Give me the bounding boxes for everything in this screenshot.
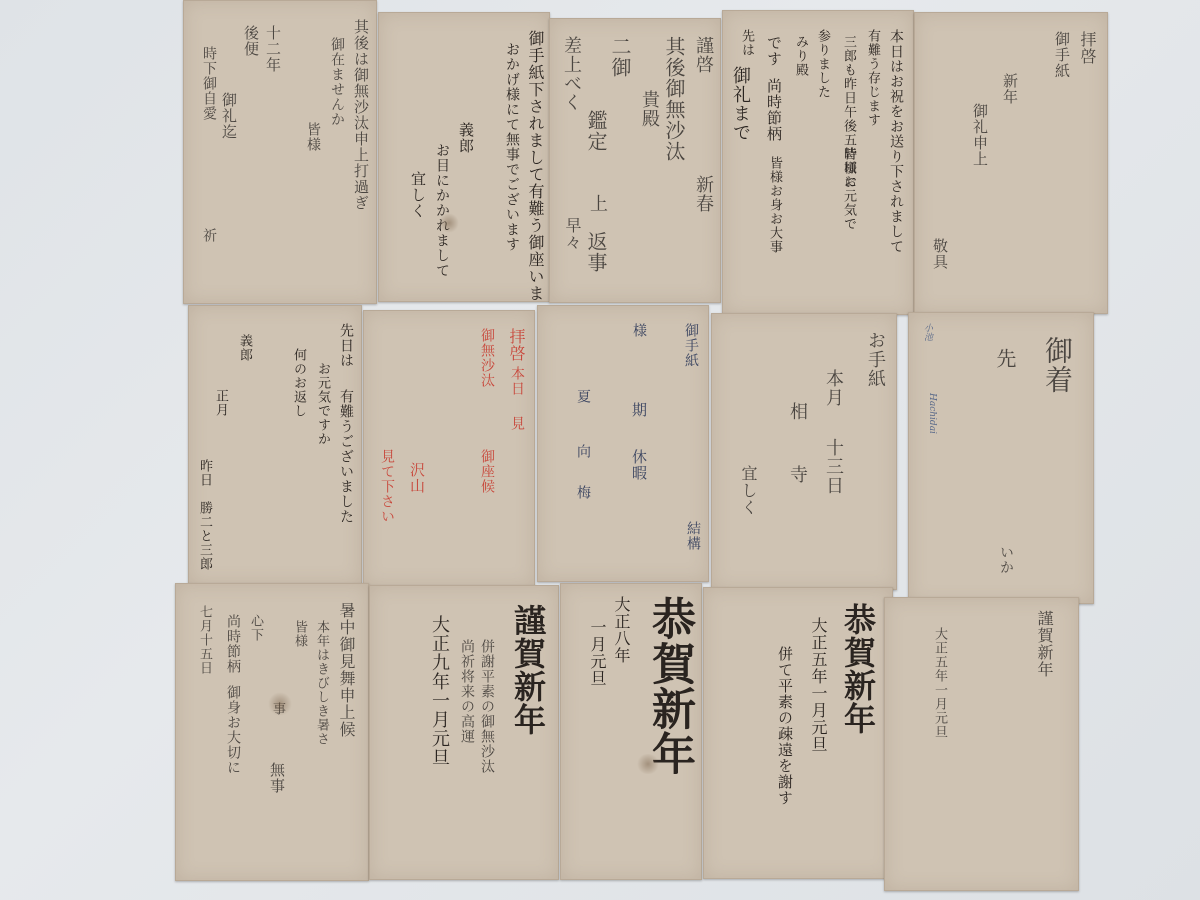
postcard-text: 御座候 [480, 449, 494, 494]
postcard-text: です [766, 35, 781, 67]
postcard-text: 御手紙 [684, 323, 698, 368]
postcard-text: 期 [631, 402, 646, 418]
postcard-r3c4: 恭賀新年 大正五年一月元旦 併て平素の疎遠を謝す [703, 587, 893, 879]
postcard-date: 大正五年一月元旦 [810, 617, 826, 753]
postcard-text: 尚時節柄 [766, 78, 781, 142]
postcard-greeting: 恭賀新年 [842, 603, 874, 735]
postcard-r2c3: 御手紙 様 期 休暇 夏 向 梅 結構 [537, 305, 709, 582]
postcard-text: 早々 [564, 217, 580, 251]
postcard-text: 有難う存じます [866, 29, 879, 127]
postcard-r2c5: 御着 先 いか 小池 Hachidai [908, 312, 1094, 604]
postcard-text: 正月 [214, 389, 227, 417]
postcard-text: 本月 [824, 369, 842, 407]
postcard-text: 本日 [510, 366, 524, 396]
postcard-text: 其後は御無沙汰申上打過ぎ [353, 19, 368, 211]
postcard-text: 拝啓 [508, 328, 524, 362]
postcard-r2c1: 先日は 有難うございました お元気ですか 何のお返し 義郎 正月 昨日 勝二と三… [188, 305, 362, 585]
postcard-r3c2: 謹賀新年 併謝平素の御無沙汰 尚祈将来の高運 大正九年一月元旦 [369, 585, 559, 880]
postcard-text: 御在ませんか [330, 37, 344, 127]
postcard-r1c4: 本日はお祝をお送り下されまして 有難う存じます 皆様お元気で 三郎も昨日午後五時… [722, 10, 914, 315]
postcard-text: お目にかかれまして [435, 143, 449, 278]
postcard-r1c3: 謹啓 新春 其後御無沙汰 貴殿 二御 鑑定 上 返事 差上べく 早々 [549, 18, 721, 303]
postcard-text: 向 [576, 444, 590, 459]
postcard-r1c2: 御手紙下されまして有難う御座います おかげ様にて無事でございます 義郎 お目にか… [378, 12, 550, 302]
postcard-r3c5: 謹賀新年 大正五年一月元旦 [884, 597, 1079, 891]
postcard-date: 大正五年一月元旦 [933, 627, 946, 739]
postcard-text: 尚時節柄 [226, 614, 240, 674]
postcard-text: お元気ですか [316, 362, 329, 446]
postcard-text: 相 [788, 402, 806, 421]
postcard-text: 二御 [610, 36, 630, 78]
postcard-text: 尚祈将来の高運 [460, 639, 474, 744]
postcard-text: 様 [632, 323, 646, 338]
postcard-text: 先日は [339, 323, 353, 368]
postcard-text: 御礼申上 [972, 103, 987, 167]
postcard-text: 時下御自愛 [202, 46, 216, 121]
postcard-text: 新年 [1002, 73, 1017, 105]
postcard-text: 宜しく [410, 171, 425, 219]
postcard-r2c2: 拝啓 本日 見 御無沙汰 御座候 沢山 見て下さい [363, 310, 535, 587]
postcard-text: 勝二と三郎 [198, 501, 211, 571]
postcard-text: 上 [588, 194, 606, 213]
postcard-text: 御礼迄 [221, 92, 236, 140]
postcard-text: 鑑定 [586, 110, 606, 152]
postcard-text: 夏 [576, 389, 590, 404]
postcard-text: 先は [740, 29, 753, 57]
postcard-r1c5: 拝啓 御手紙 新年 御礼申上 敬具 [914, 12, 1108, 314]
postcard-text: 見 [510, 416, 524, 431]
postcard-text: 暑中御見舞申上候 [338, 602, 354, 738]
postcard-greeting: 謹賀新年 [512, 604, 544, 736]
postcard-text: 結構 [686, 521, 700, 551]
postcard-text: 三郎も昨日午後五時頃に [842, 35, 855, 189]
postcard-date: 大正九年一月元旦 [430, 615, 448, 767]
postcard-text: 新春 [694, 175, 712, 213]
postcard-text: 先 [995, 348, 1015, 369]
postcard-text: 皆様 [293, 620, 306, 648]
postcard-date: 大正八年 [613, 596, 629, 664]
postcard-r3c3: 恭賀新年 大正八年 一月元旦 [560, 583, 702, 880]
postcard-text: 皆様 [306, 122, 320, 152]
postcard-text: 差上べく [562, 36, 580, 112]
postcard-text: 本年はきびしき暑さ [315, 620, 328, 746]
postcard-text: 寺 [788, 465, 806, 484]
postcard-text: 御礼まで [731, 66, 749, 142]
postcard-text: 祈 [202, 228, 216, 243]
postcard-text: 義郎 [238, 334, 251, 362]
postcard-text: 十三日 [824, 438, 842, 495]
postcard-text: 見て下さい [380, 449, 394, 524]
postcard-text: 御身お大切に [226, 685, 240, 775]
postcard-text: 貴殿 [640, 90, 658, 128]
postcard-text: 梅 [576, 485, 590, 500]
postcard-text: 併て平素の疎遠を謝す [777, 646, 792, 806]
postcard-text: 後便 [243, 25, 258, 57]
postcard-date: 七月十五日 [198, 605, 211, 675]
postcard-text: いか [999, 545, 1013, 575]
postcard-text: 御着 [1043, 336, 1071, 394]
postcard-text: 拝啓 [1079, 31, 1095, 65]
postcard-greeting: 恭賀新年 [647, 596, 691, 776]
pencil-note: 小池 [921, 323, 934, 341]
postcard-text: 返事 [586, 231, 606, 273]
postcard-text: 併謝平素の御無沙汰 [480, 639, 494, 774]
postcard-text: 参りました [816, 29, 829, 99]
postcard-text: 皆様お身お大事 [768, 156, 781, 254]
postcard-text: 無事 [269, 762, 284, 794]
postcard-r1c1: 其後は御無沙汰申上打過ぎ 御在ませんか 皆様 十二年 後便 御礼迄 時下御自愛 … [183, 0, 377, 304]
postcard-r3c1: 暑中御見舞申上候 本年はきびしき暑さ 皆様 事 無事 心下 尚時節柄 御身お大切… [175, 583, 369, 881]
postcard-date: 一月元旦 [589, 619, 605, 687]
postcard-text: お手紙 [866, 331, 884, 388]
postcard-text: 宜しく [740, 465, 756, 516]
postcard-text: 御手紙 [1054, 31, 1069, 79]
postcard-text: 御手紙下されまして有難う御座います [527, 30, 543, 302]
postcard-text: 敬具 [932, 238, 947, 270]
postcard-text: 其後御無沙汰 [664, 36, 684, 162]
postcard-text: おかげ様にて無事でございます [505, 42, 519, 252]
photo-scene: 其後は御無沙汰申上打過ぎ 御在ませんか 皆様 十二年 後便 御礼迄 時下御自愛 … [0, 0, 1200, 900]
postcard-text: 謹啓 [694, 36, 712, 74]
postcard-text: 義郎 [458, 122, 473, 154]
postcard-text: 有難うございました [339, 389, 353, 524]
postcard-text: 本日はお祝をお送り下されまして [889, 29, 903, 254]
postcard-r2c4: お手紙 本月 十三日 相 寺 宜しく [711, 313, 897, 590]
postcard-text: 心下 [249, 614, 262, 642]
postcard-text: 昨日 [198, 459, 211, 487]
postcard-text: 十二年 [265, 25, 280, 73]
pencil-note: Hachidai [927, 393, 937, 434]
postcard-text: 御無沙汰 [480, 328, 494, 388]
postcard-text: みり殿 [794, 35, 807, 77]
postcard-text: 何のお返し [292, 348, 305, 418]
postcard-text: 沢山 [409, 462, 424, 494]
postcard-greeting: 謹賀新年 [1036, 610, 1052, 678]
postcard-text: 休暇 [631, 449, 646, 481]
